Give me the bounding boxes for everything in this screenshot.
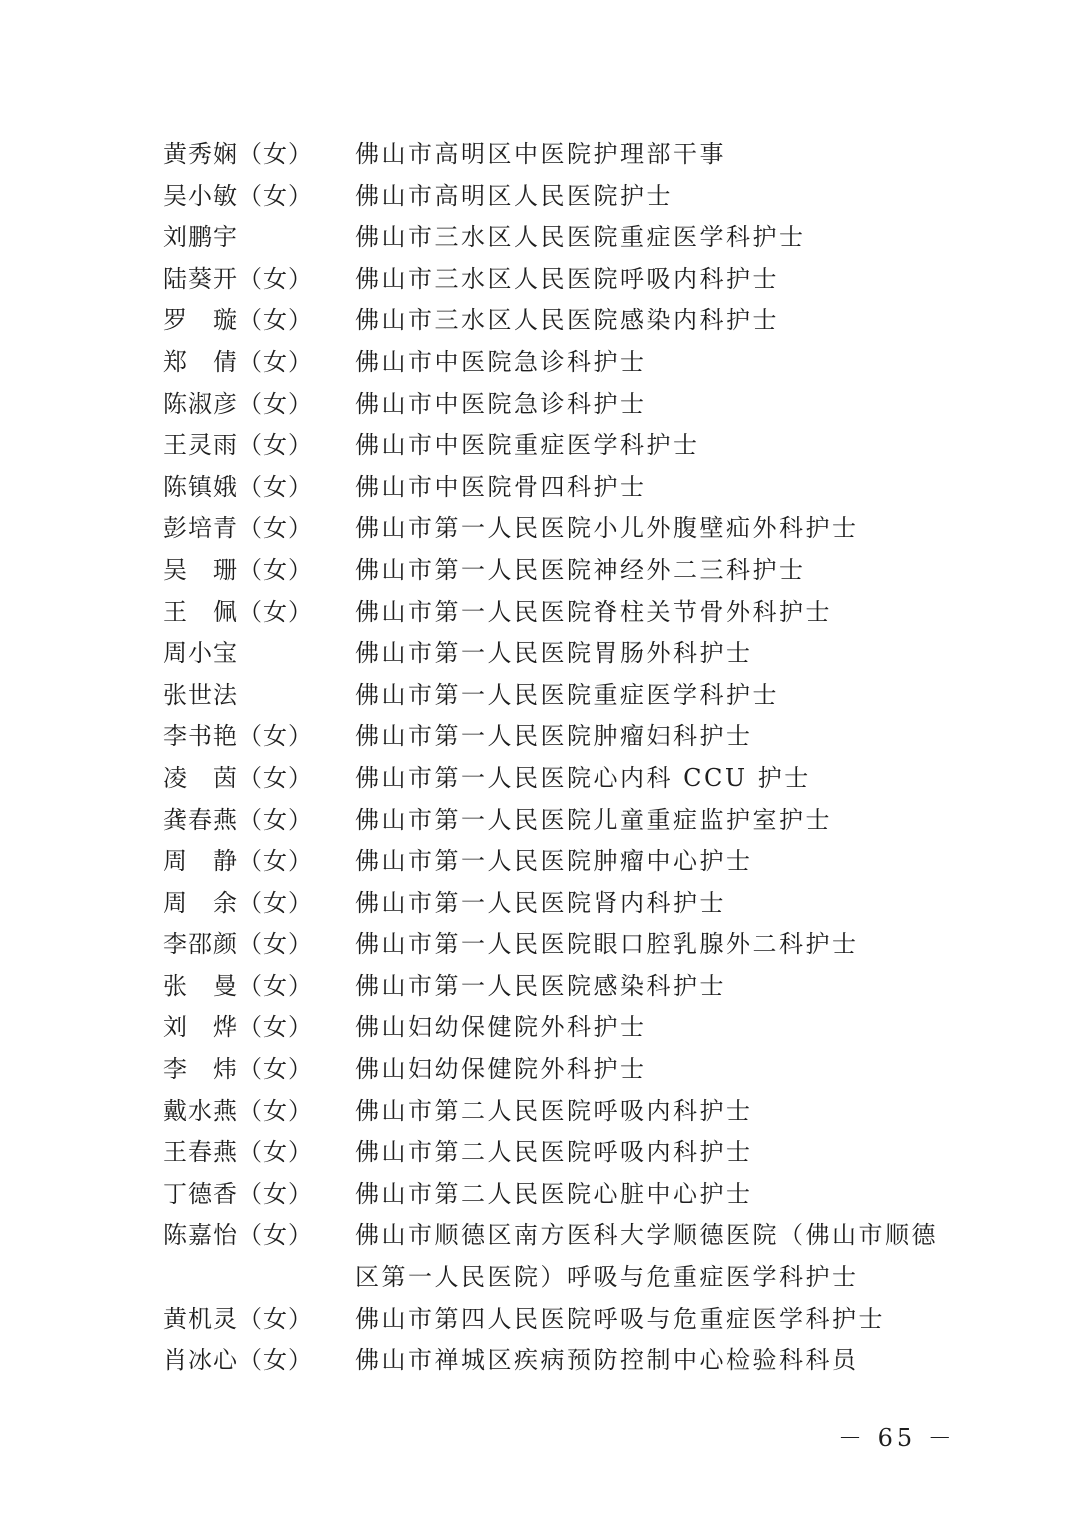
list-item: 周 余（女）佛山市第一人民医院肾内科护士 bbox=[163, 883, 943, 925]
workplace-line: 佛山市中医院骨四科护士 bbox=[355, 467, 943, 509]
person-name: 黄秀娴（女） bbox=[163, 134, 355, 176]
person-name: 彭培青（女） bbox=[163, 508, 355, 550]
workplace-title: 佛山市第一人民医院重症医学科护士 bbox=[355, 675, 943, 717]
list-item: 刘 烨（女）佛山妇幼保健院外科护士 bbox=[163, 1007, 943, 1049]
workplace-line: 佛山市第一人民医院心内科 CCU 护士 bbox=[355, 758, 943, 800]
list-item: 彭培青（女）佛山市第一人民医院小儿外腹壁疝外科护士 bbox=[163, 508, 943, 550]
person-name: 王灵雨（女） bbox=[163, 425, 355, 467]
workplace-line: 佛山市第四人民医院呼吸与危重症医学科护士 bbox=[355, 1299, 943, 1341]
workplace-title: 佛山市三水区人民医院重症医学科护士 bbox=[355, 217, 943, 259]
person-name: 刘鹏宇 bbox=[163, 217, 355, 259]
list-item: 周小宝佛山市第一人民医院胃肠外科护士 bbox=[163, 633, 943, 675]
list-item: 罗 璇（女）佛山市三水区人民医院感染内科护士 bbox=[163, 300, 943, 342]
list-item: 陈镇娥（女）佛山市中医院骨四科护士 bbox=[163, 467, 943, 509]
person-name: 肖冰心（女） bbox=[163, 1340, 355, 1382]
workplace-title: 佛山市第二人民医院呼吸内科护士 bbox=[355, 1091, 943, 1133]
person-name: 吴 珊（女） bbox=[163, 550, 355, 592]
list-item: 肖冰心（女）佛山市禅城区疾病预防控制中心检验科科员 bbox=[163, 1340, 943, 1382]
workplace-line: 佛山市第一人民医院儿童重症监护室护士 bbox=[355, 800, 943, 842]
workplace-title: 佛山市第一人民医院眼口腔乳腺外二科护士 bbox=[355, 924, 943, 966]
workplace-title: 佛山市中医院骨四科护士 bbox=[355, 467, 943, 509]
list-item: 王春燕（女）佛山市第二人民医院呼吸内科护士 bbox=[163, 1132, 943, 1174]
person-name: 周 余（女） bbox=[163, 883, 355, 925]
person-name: 刘 烨（女） bbox=[163, 1007, 355, 1049]
workplace-line: 佛山市第一人民医院神经外二三科护士 bbox=[355, 550, 943, 592]
list-item: 李书艳（女）佛山市第一人民医院肿瘤妇科护士 bbox=[163, 716, 943, 758]
list-item: 陈淑彦（女）佛山市中医院急诊科护士 bbox=[163, 384, 943, 426]
workplace-title: 佛山市顺德区南方医科大学顺德医院（佛山市顺德区第一人民医院）呼吸与危重症医学科护… bbox=[355, 1215, 943, 1298]
person-name: 凌 茵（女） bbox=[163, 758, 355, 800]
list-item: 黄机灵（女）佛山市第四人民医院呼吸与危重症医学科护士 bbox=[163, 1299, 943, 1341]
honoree-list: 黄秀娴（女）佛山市高明区中医院护理部干事吴小敏（女）佛山市高明区人民医院护士刘鹏… bbox=[163, 134, 943, 1382]
list-item: 王灵雨（女）佛山市中医院重症医学科护士 bbox=[163, 425, 943, 467]
workplace-line: 佛山市第一人民医院眼口腔乳腺外二科护士 bbox=[355, 924, 943, 966]
workplace-line: 区第一人民医院）呼吸与危重症医学科护士 bbox=[355, 1257, 943, 1299]
workplace-line: 佛山市第一人民医院小儿外腹壁疝外科护士 bbox=[355, 508, 943, 550]
list-item: 戴水燕（女）佛山市第二人民医院呼吸内科护士 bbox=[163, 1091, 943, 1133]
workplace-line: 佛山市第一人民医院肿瘤妇科护士 bbox=[355, 716, 943, 758]
person-name: 李 炜（女） bbox=[163, 1049, 355, 1091]
workplace-line: 佛山市第一人民医院肾内科护士 bbox=[355, 883, 943, 925]
person-name: 罗 璇（女） bbox=[163, 300, 355, 342]
workplace-title: 佛山市第二人民医院心脏中心护士 bbox=[355, 1174, 943, 1216]
workplace-title: 佛山妇幼保健院外科护士 bbox=[355, 1007, 943, 1049]
workplace-line: 佛山市第二人民医院呼吸内科护士 bbox=[355, 1132, 943, 1174]
person-name: 郑 倩（女） bbox=[163, 342, 355, 384]
workplace-title: 佛山市第一人民医院感染科护士 bbox=[355, 966, 943, 1008]
workplace-title: 佛山市第一人民医院心内科 CCU 护士 bbox=[355, 758, 943, 800]
workplace-title: 佛山市第二人民医院呼吸内科护士 bbox=[355, 1132, 943, 1174]
list-item: 陈嘉怡（女）佛山市顺德区南方医科大学顺德医院（佛山市顺德区第一人民医院）呼吸与危… bbox=[163, 1215, 943, 1298]
workplace-title: 佛山妇幼保健院外科护士 bbox=[355, 1049, 943, 1091]
workplace-title: 佛山市第一人民医院肿瘤中心护士 bbox=[355, 841, 943, 883]
list-item: 王 佩（女）佛山市第一人民医院脊柱关节骨外科护士 bbox=[163, 592, 943, 634]
workplace-title: 佛山市第一人民医院神经外二三科护士 bbox=[355, 550, 943, 592]
list-item: 龚春燕（女）佛山市第一人民医院儿童重症监护室护士 bbox=[163, 800, 943, 842]
list-item: 李 炜（女）佛山妇幼保健院外科护士 bbox=[163, 1049, 943, 1091]
workplace-line: 佛山市三水区人民医院重症医学科护士 bbox=[355, 217, 943, 259]
workplace-line: 佛山市高明区中医院护理部干事 bbox=[355, 134, 943, 176]
person-name: 黄机灵（女） bbox=[163, 1299, 355, 1341]
list-item: 丁德香（女）佛山市第二人民医院心脏中心护士 bbox=[163, 1174, 943, 1216]
workplace-title: 佛山市第一人民医院胃肠外科护士 bbox=[355, 633, 943, 675]
workplace-title: 佛山市三水区人民医院感染内科护士 bbox=[355, 300, 943, 342]
workplace-title: 佛山市中医院急诊科护士 bbox=[355, 384, 943, 426]
person-name: 陈镇娥（女） bbox=[163, 467, 355, 509]
workplace-title: 佛山市高明区人民医院护士 bbox=[355, 176, 943, 218]
workplace-line: 佛山市中医院急诊科护士 bbox=[355, 342, 943, 384]
workplace-line: 佛山市三水区人民医院呼吸内科护士 bbox=[355, 259, 943, 301]
person-name: 吴小敏（女） bbox=[163, 176, 355, 218]
person-name: 李书艳（女） bbox=[163, 716, 355, 758]
workplace-line: 佛山市顺德区南方医科大学顺德医院（佛山市顺德 bbox=[355, 1215, 943, 1257]
workplace-title: 佛山市禅城区疾病预防控制中心检验科科员 bbox=[355, 1340, 943, 1382]
workplace-title: 佛山市第一人民医院肾内科护士 bbox=[355, 883, 943, 925]
list-item: 吴 珊（女）佛山市第一人民医院神经外二三科护士 bbox=[163, 550, 943, 592]
workplace-title: 佛山市中医院重症医学科护士 bbox=[355, 425, 943, 467]
person-name: 张世法 bbox=[163, 675, 355, 717]
list-item: 凌 茵（女）佛山市第一人民医院心内科 CCU 护士 bbox=[163, 758, 943, 800]
person-name: 龚春燕（女） bbox=[163, 800, 355, 842]
list-item: 周 静（女）佛山市第一人民医院肿瘤中心护士 bbox=[163, 841, 943, 883]
workplace-title: 佛山市高明区中医院护理部干事 bbox=[355, 134, 943, 176]
person-name: 陆葵开（女） bbox=[163, 259, 355, 301]
person-name: 陈淑彦（女） bbox=[163, 384, 355, 426]
workplace-title: 佛山市中医院急诊科护士 bbox=[355, 342, 943, 384]
person-name: 张 曼（女） bbox=[163, 966, 355, 1008]
workplace-line: 佛山市第一人民医院肿瘤中心护士 bbox=[355, 841, 943, 883]
list-item: 张世法佛山市第一人民医院重症医学科护士 bbox=[163, 675, 943, 717]
workplace-line: 佛山市三水区人民医院感染内科护士 bbox=[355, 300, 943, 342]
person-name: 陈嘉怡（女） bbox=[163, 1215, 355, 1257]
workplace-title: 佛山市第一人民医院脊柱关节骨外科护士 bbox=[355, 592, 943, 634]
workplace-line: 佛山市第二人民医院呼吸内科护士 bbox=[355, 1091, 943, 1133]
workplace-line: 佛山市第一人民医院感染科护士 bbox=[355, 966, 943, 1008]
list-item: 张 曼（女）佛山市第一人民医院感染科护士 bbox=[163, 966, 943, 1008]
list-item: 陆葵开（女）佛山市三水区人民医院呼吸内科护士 bbox=[163, 259, 943, 301]
person-name: 周小宝 bbox=[163, 633, 355, 675]
person-name: 王 佩（女） bbox=[163, 592, 355, 634]
list-item: 李邵颜（女）佛山市第一人民医院眼口腔乳腺外二科护士 bbox=[163, 924, 943, 966]
workplace-line: 佛山妇幼保健院外科护士 bbox=[355, 1007, 943, 1049]
workplace-title: 佛山市第四人民医院呼吸与危重症医学科护士 bbox=[355, 1299, 943, 1341]
list-item: 吴小敏（女）佛山市高明区人民医院护士 bbox=[163, 176, 943, 218]
workplace-line: 佛山市第二人民医院心脏中心护士 bbox=[355, 1174, 943, 1216]
person-name: 李邵颜（女） bbox=[163, 924, 355, 966]
list-item: 郑 倩（女）佛山市中医院急诊科护士 bbox=[163, 342, 943, 384]
person-name: 戴水燕（女） bbox=[163, 1091, 355, 1133]
workplace-line: 佛山市禅城区疾病预防控制中心检验科科员 bbox=[355, 1340, 943, 1382]
page-number: － 65 － bbox=[838, 1418, 956, 1453]
workplace-title: 佛山市第一人民医院儿童重症监护室护士 bbox=[355, 800, 943, 842]
workplace-line: 佛山妇幼保健院外科护士 bbox=[355, 1049, 943, 1091]
person-name: 丁德香（女） bbox=[163, 1174, 355, 1216]
list-item: 刘鹏宇佛山市三水区人民医院重症医学科护士 bbox=[163, 217, 943, 259]
workplace-title: 佛山市三水区人民医院呼吸内科护士 bbox=[355, 259, 943, 301]
workplace-line: 佛山市高明区人民医院护士 bbox=[355, 176, 943, 218]
list-item: 黄秀娴（女）佛山市高明区中医院护理部干事 bbox=[163, 134, 943, 176]
workplace-title: 佛山市第一人民医院小儿外腹壁疝外科护士 bbox=[355, 508, 943, 550]
person-name: 周 静（女） bbox=[163, 841, 355, 883]
workplace-line: 佛山市中医院急诊科护士 bbox=[355, 384, 943, 426]
workplace-line: 佛山市第一人民医院脊柱关节骨外科护士 bbox=[355, 592, 943, 634]
person-name: 王春燕（女） bbox=[163, 1132, 355, 1174]
workplace-title: 佛山市第一人民医院肿瘤妇科护士 bbox=[355, 716, 943, 758]
workplace-line: 佛山市中医院重症医学科护士 bbox=[355, 425, 943, 467]
workplace-line: 佛山市第一人民医院重症医学科护士 bbox=[355, 675, 943, 717]
workplace-line: 佛山市第一人民医院胃肠外科护士 bbox=[355, 633, 943, 675]
